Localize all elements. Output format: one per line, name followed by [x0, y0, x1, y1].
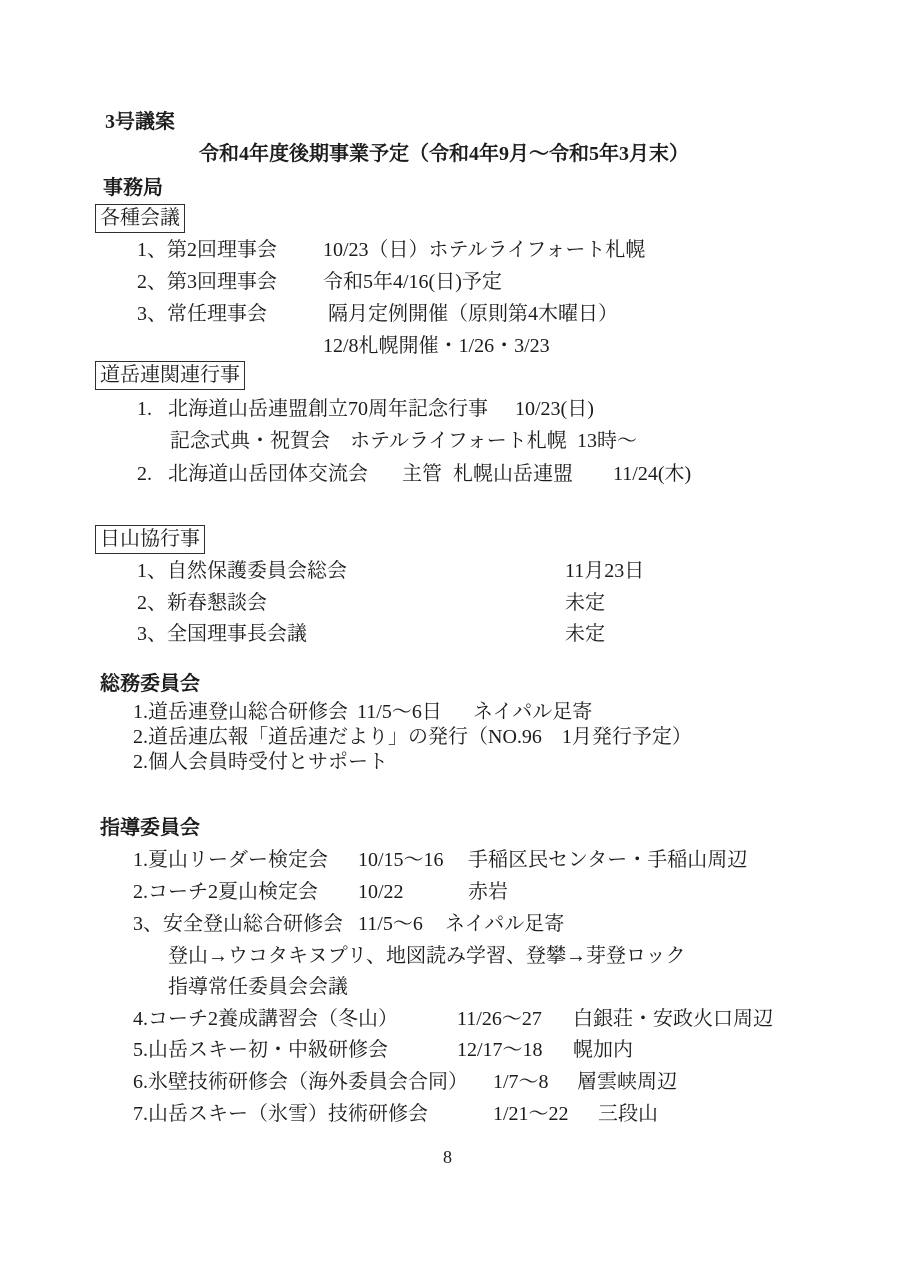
schedule-line: 3、全国理事長会議未定 [0, 621, 904, 647]
schedule-text: 12/17～18 [457, 1037, 543, 1063]
schedule-text: 1、自然保護委員会総会 [137, 558, 347, 584]
schedule-text: 2、新春懇談会 [137, 590, 267, 616]
schedule-line: 3、安全登山総合研修会11/5～6ネイパル足寄 [0, 911, 904, 937]
schedule-text: 未定 [565, 590, 605, 616]
schedule-line: 2、第3回理事会令和5年4/16(日)予定 [0, 269, 904, 295]
schedule-text: 登山→ウコタキヌプリ、地図読み学習、登攀→芽登ロック [168, 943, 686, 969]
schedule-text: 10/22 [358, 879, 404, 905]
schedule-text: 11月23日 [565, 558, 644, 584]
schedule-text: 2.コーチ2夏山検定会 [133, 879, 318, 905]
schedule-text: 10/23（日）ホテルライフォート札幌 [323, 237, 645, 263]
schedule-line: 1.北海道山岳連盟創立70周年記念行事10/23(日) [0, 396, 904, 422]
schedule-text: 主管 [402, 461, 442, 487]
schedule-text: 令和5年4/16(日)予定 [323, 269, 502, 295]
schedule-text: 手稲区民センター・手稲山周辺 [468, 847, 747, 873]
section-heading-shido-iinkai: 指導委員会 [100, 815, 200, 841]
schedule-line: 2.個人会員時受付とサポート [0, 749, 904, 775]
schedule-text: 3、常任理事会 [137, 301, 267, 327]
schedule-text: 三段山 [598, 1101, 658, 1127]
schedule-text: 2. [137, 461, 152, 487]
schedule-line: 4.コーチ2養成講習会（冬山）11/26～27白銀荘・安政火口周辺 [0, 1006, 904, 1032]
schedule-line: 2.コーチ2夏山検定会10/22赤岩 [0, 879, 904, 905]
schedule-text: 2.個人会員時受付とサポート [133, 749, 388, 775]
schedule-text: 4.コーチ2養成講習会（冬山） [133, 1006, 398, 1032]
schedule-text: 1.道岳連登山総合研修会 [133, 699, 348, 725]
schedule-line: 1、自然保護委員会総会11月23日 [0, 558, 904, 584]
schedule-text: 層雲峡周辺 [577, 1069, 677, 1095]
schedule-line: 7.山岳スキー（氷雪）技術研修会1/21～22三段山 [0, 1101, 904, 1127]
schedule-text: 未定 [565, 621, 605, 647]
schedule-text: 3、安全登山総合研修会 [133, 911, 343, 937]
schedule-text: ホテルライフォート札幌 [350, 428, 567, 454]
schedule-text: 5.山岳スキー初・中級研修会 [133, 1037, 388, 1063]
schedule-text: 10/23(日) [515, 396, 594, 422]
schedule-text: 北海道山岳団体交流会 [168, 461, 368, 487]
schedule-line: 6.氷壁技術研修会（海外委員会合同）1/7～8層雲峡周辺 [0, 1069, 904, 1095]
schedule-line: 登山→ウコタキヌプリ、地図読み学習、登攀→芽登ロック [0, 943, 904, 969]
schedule-text: 7.山岳スキー（氷雪）技術研修会 [133, 1101, 428, 1127]
section-heading-dogakuren-kanren-gyoji: 道岳連関連行事 [95, 361, 245, 390]
schedule-text: 1、第2回理事会 [137, 237, 277, 263]
document-page: 3号議案 令和4年度後期事業予定（令和4年9月～令和5年3月末） 事務局 各種会… [0, 0, 904, 1280]
schedule-text: 1/7～8 [493, 1069, 549, 1095]
bureau-heading: 事務局 [103, 175, 163, 201]
schedule-text: 1. [137, 396, 152, 422]
schedule-text: 11/5～6日 [357, 699, 442, 725]
schedule-text: 2.道岳連広報「道岳連だより」の発行（NO.96 1月発行予定） [133, 724, 692, 750]
page-number: 8 [443, 1146, 452, 1168]
schedule-line: 記念式典・祝賀会ホテルライフォート札幌13時～ [0, 428, 904, 454]
schedule-text: 指導常任委員会会議 [168, 974, 348, 1000]
schedule-line: 2、新春懇談会未定 [0, 590, 904, 616]
schedule-text: 隔月定例開催（原則第4木曜日） [328, 301, 618, 327]
schedule-text: 6.氷壁技術研修会（海外委員会合同） [133, 1069, 468, 1095]
schedule-line: 3、常任理事会隔月定例開催（原則第4木曜日） [0, 301, 904, 327]
schedule-line: 5.山岳スキー初・中級研修会12/17～18幌加内 [0, 1037, 904, 1063]
schedule-text: 札幌山岳連盟 [453, 461, 573, 487]
schedule-text: 幌加内 [573, 1037, 633, 1063]
schedule-line: 2.道岳連広報「道岳連だより」の発行（NO.96 1月発行予定） [0, 724, 904, 750]
schedule-text: 3、全国理事長会議 [137, 621, 307, 647]
schedule-text: 10/15～16 [358, 847, 444, 873]
document-title: 令和4年度後期事業予定（令和4年9月～令和5年3月末） [199, 141, 689, 167]
schedule-text: 2、第3回理事会 [137, 269, 277, 295]
schedule-line: 1、第2回理事会10/23（日）ホテルライフォート札幌 [0, 237, 904, 263]
schedule-text: 11/5～6 [358, 911, 423, 937]
schedule-text: 12/8札幌開催・1/26・3/23 [323, 333, 550, 359]
schedule-text: ネイパル足寄 [445, 911, 564, 937]
section-heading-nissankyo-gyoji: 日山協行事 [95, 525, 205, 554]
schedule-text: 1/21～22 [493, 1101, 569, 1127]
schedule-text: 記念式典・祝賀会 [170, 428, 330, 454]
schedule-line: 1.道岳連登山総合研修会11/5～6日ネイパル足寄 [0, 699, 904, 725]
schedule-text: 1.夏山リーダー検定会 [133, 847, 328, 873]
section-heading-somu-iinkai: 総務委員会 [100, 671, 200, 697]
section-heading-kakushu-kaigi: 各種会議 [95, 204, 185, 233]
schedule-text: 赤岩 [468, 879, 508, 905]
schedule-text: 11/26～27 [457, 1006, 542, 1032]
schedule-line: 2.北海道山岳団体交流会主管札幌山岳連盟11/24(木) [0, 461, 904, 487]
schedule-line: 1.夏山リーダー検定会10/15～16手稲区民センター・手稲山周辺 [0, 847, 904, 873]
schedule-text: 北海道山岳連盟創立70周年記念行事 [168, 396, 488, 422]
schedule-text: 白銀荘・安政火口周辺 [573, 1006, 773, 1032]
schedule-text: ネイパル足寄 [473, 699, 592, 725]
schedule-text: 13時～ [577, 428, 637, 454]
schedule-line: 12/8札幌開催・1/26・3/23 [0, 333, 904, 359]
schedule-text: 11/24(木) [613, 461, 691, 487]
schedule-line: 指導常任委員会会議 [0, 974, 904, 1000]
doc-number: 3号議案 [105, 109, 175, 135]
